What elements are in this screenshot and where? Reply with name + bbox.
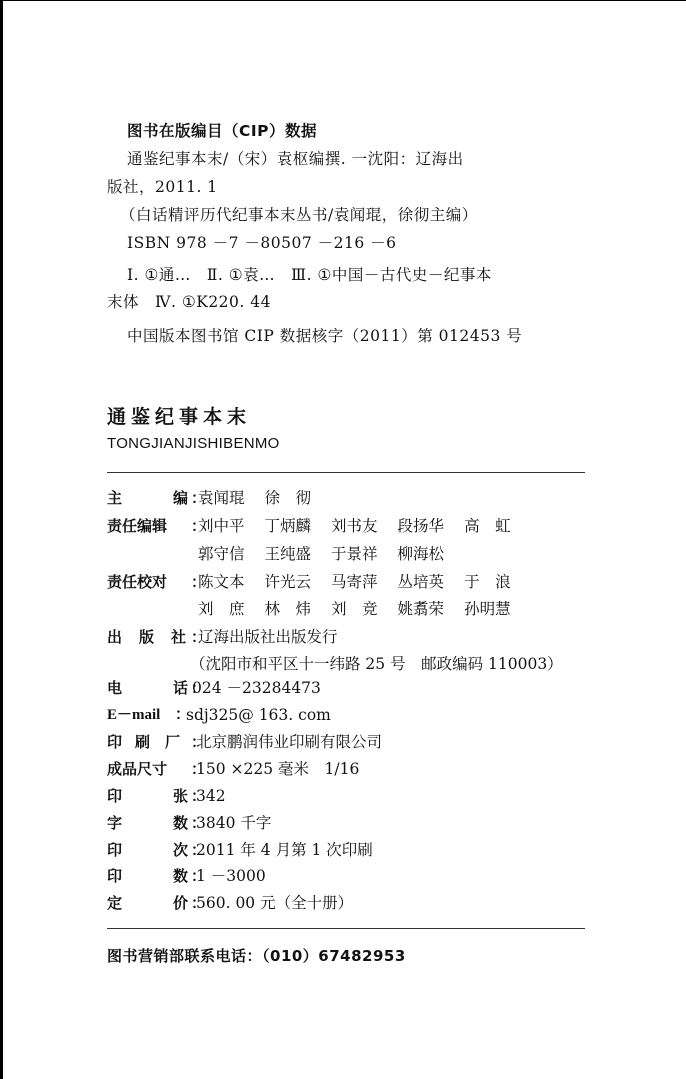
size-value: 150 ×225 毫米 1/16 [196,759,359,779]
word-count-value: 3840 千字 [196,813,271,833]
page-left-edge [0,0,3,1079]
responsible-editor-label: 责任编辑 ： [107,516,167,536]
publisher-address: （沈阳市和平区十一纬路 25 号 邮政编码 110003） [190,654,563,674]
cip-header: 图书在版编目（CIP）数据 [127,121,317,141]
cip-line-1: 通鉴纪事本末/（宋）袁枢编撰. 一沈阳：辽海出 [127,149,464,169]
proofreader-label: 责任校对 ： [107,572,167,592]
book-title-pinyin: TONGJIANJISHIBENMO [107,435,280,452]
phone-value: 024 －23284473 [192,678,321,698]
printer-value: 北京鹏润伟业印刷有限公司 [196,732,382,752]
divider-bottom [107,928,585,929]
proofreader-names-row-2: 刘 庶林 炜刘 竞姚翥荣孙明慧 [198,599,531,619]
cip-record-number: 中国版本图书馆 CIP 数据核字（2011）第 012453 号 [127,326,522,346]
cip-classification-1: Ⅰ. ①通… Ⅱ. ①袁… Ⅲ. ①中国－古代史－纪事本 [127,265,492,285]
responsible-editor-names-row-2: 郭守信王纯盛于景祥柳海松 [198,544,464,564]
sheets-value: 342 [196,786,226,806]
marketing-phone: 图书营销部联系电话：（010）67482953 [107,946,406,966]
email-value: sdj325@ 163. com [186,705,331,725]
cip-series: （白话精评历代纪事本末丛书/袁闻琨，徐彻主编） [120,205,478,225]
print-run-value: 1 －3000 [196,866,266,886]
cip-isbn: ISBN 978 －7 －80507 －216 －6 [127,233,397,253]
cip-line-2: 版社，2011. 1 [107,177,218,197]
size-label: 成品尺寸 ： [107,759,167,779]
proofreader-names-row-1: 陈文本许光云马寄萍丛培英于 浪 [198,572,531,592]
chief-editor-names: 袁闻琨徐 彻 [198,488,331,508]
publisher-value: 辽海出版社出版发行 [198,627,338,647]
divider-top [107,472,585,473]
page-top-edge [0,0,686,1]
cip-classification-2: 末体 Ⅳ. ①K220. 44 [107,292,271,312]
price-value: 560. 00 元（全十册） [196,893,353,913]
responsible-editor-names-row-1: 刘中平丁炳麟刘书友段扬华高 虹 [198,516,531,536]
book-title: 通鉴纪事本末 [107,402,251,429]
email-label: E－mail ： [107,705,160,725]
edition-value: 2011 年 4 月第 1 次印刷 [196,840,373,860]
